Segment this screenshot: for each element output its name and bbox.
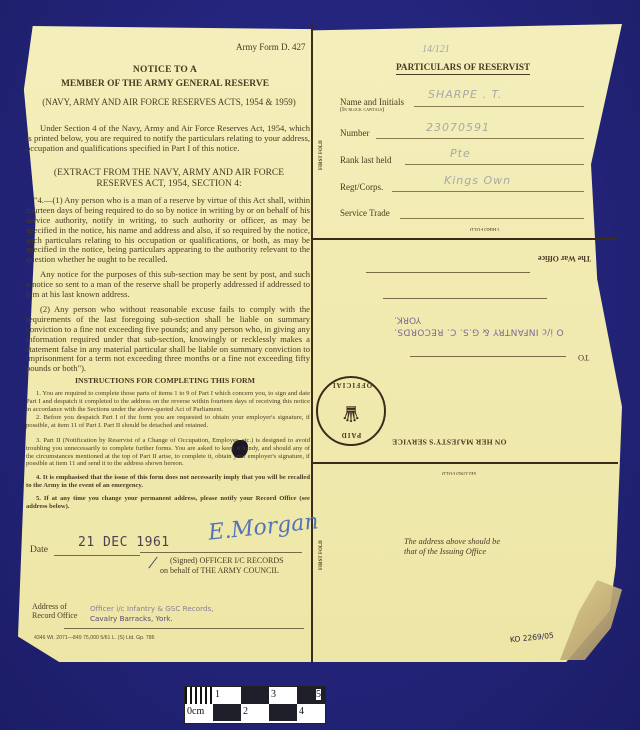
instruction-item: 2. Before you despatch Part I of the for… <box>26 414 310 430</box>
issuing-note-line2: that of the Issuing Office <box>404 547 486 556</box>
handwritten-reference: 14/121 <box>422 44 450 56</box>
instructions-heading: INSTRUCTIONS FOR COMPLETING THIS FORM <box>20 377 310 386</box>
intro-paragraph: Under Section 4 of the Navy, Army and Ai… <box>26 124 310 154</box>
scale-block <box>241 687 269 704</box>
service-trade-field-line <box>400 218 584 219</box>
second-fold-line <box>313 462 618 464</box>
right-page-particulars <box>312 24 622 662</box>
center-fold-line <box>311 24 313 662</box>
notice-subtitle: MEMBER OF THE ARMY GENERAL RESERVE <box>20 79 310 90</box>
section-4-1-continued: Any notice for the purposes of this sub-… <box>26 270 310 300</box>
war-office-label: The War Office <box>538 254 591 263</box>
scale-tick: 5 <box>316 689 321 700</box>
second-fold-marker: SECOND FOLD <box>442 469 476 475</box>
rank-field-line <box>405 164 584 165</box>
to-address-line <box>410 356 566 357</box>
date-stamp-value: 21 DEC 1961 <box>78 536 170 551</box>
name-field-line <box>414 106 584 107</box>
acts-reference: (NAVY, ARMY AND AIR FORCE RESERVES ACTS,… <box>26 97 312 107</box>
date-underline <box>54 555 140 556</box>
scale-mm-ticks <box>185 687 213 704</box>
scale-unit: 0cm <box>187 706 204 717</box>
number-field-line <box>376 138 584 139</box>
scale-tick: 1 <box>215 689 220 700</box>
field-label-number: Number <box>340 128 370 138</box>
field-label-regt-corps: Regt/Corps. <box>340 182 383 192</box>
field-sublabel-block-capitals: (In block capitals) <box>340 107 384 114</box>
regt-field-line <box>392 191 584 192</box>
date-label: Date <box>30 545 48 556</box>
name-field-value: SHARPE . T. <box>428 89 502 102</box>
scale-tick: 2 <box>243 706 248 717</box>
section-4-1: "4.—(1) Any person who is a man of a res… <box>26 196 310 265</box>
record-office-label: Address of Record Office <box>32 602 78 620</box>
regt-field-value: Kings Own <box>444 175 511 188</box>
scale-block <box>213 704 241 721</box>
rank-field-value: Pte <box>450 148 471 161</box>
printer-code: 4346 Wt. 2071—849 75,000 5/61 L. (S) Ltd… <box>34 636 155 642</box>
official-paid-stamp: PAID ♛ OFFICIAL <box>316 376 386 446</box>
signed-officer: (Signed) OFFICER I/C RECORDS <box>170 556 284 565</box>
section-4-2: (2) Any person who without reasonable ex… <box>26 305 310 374</box>
instruction-item: 1. You are required to complete those pa… <box>26 390 310 413</box>
address-line <box>383 298 547 299</box>
stamped-address-records: O i/c INFANTRY & G.S. C. RECORDS. <box>394 326 564 336</box>
crown-icon: ♛ <box>337 398 365 428</box>
photographed-document: Army Form D. 427 NOTICE TO A MEMBER OF T… <box>0 0 640 730</box>
signature-underline <box>140 552 302 553</box>
third-fold-marker: THIRD FOLD <box>470 225 500 231</box>
stamp-text-official: OFFICIAL <box>318 381 384 389</box>
notice-title: NOTICE TO A <box>20 65 310 76</box>
scale-tick: 4 <box>299 706 304 717</box>
issuing-office-note: The address above should be that of the … <box>404 537 500 557</box>
address-line <box>366 272 530 273</box>
third-fold-line <box>313 238 618 240</box>
form-number: Army Form D. 427 <box>236 42 306 52</box>
particulars-title: PARTICULARS OF RESERVIST <box>396 62 530 75</box>
first-fold-marker: FIRST FOLD <box>319 140 325 170</box>
record-office-address-line2: Cavalry Barracks, York. <box>90 615 173 623</box>
first-fold-marker: FIRST FOLD <box>319 540 325 570</box>
extract-heading: (EXTRACT FROM THE NAVY, ARMY AND AIR FOR… <box>30 168 308 190</box>
instruction-item: 5. If at any time you change your perman… <box>26 495 310 511</box>
scale-bar: 0cm 1 2 3 4 5 <box>184 686 326 724</box>
address-underline <box>64 628 304 629</box>
to-label: TO <box>578 352 589 362</box>
number-field-value: 23070591 <box>426 122 490 135</box>
stamp-text-paid: PAID <box>318 431 384 439</box>
stamped-address-city: YORK. <box>394 314 421 324</box>
instruction-item: 3. Part II (Notification by Reservist of… <box>26 437 310 468</box>
record-office-address-line1: Officer i/c Infantry & GSC Records, <box>90 605 214 613</box>
field-label-name: Name and Initials <box>340 97 404 107</box>
scale-block <box>269 704 297 721</box>
field-label-service-trade: Service Trade <box>340 208 390 218</box>
instruction-item: 4. It is emphasised that the issue of th… <box>26 474 310 490</box>
ohms-label: ON HER MAJESTY'S SERVICE <box>392 437 506 446</box>
issuing-note-line1: The address above should be <box>404 537 500 546</box>
scale-tick: 3 <box>271 689 276 700</box>
signed-on-behalf: on behalf of THE ARMY COUNCIL <box>160 566 279 575</box>
field-label-rank: Rank last held <box>340 155 392 165</box>
